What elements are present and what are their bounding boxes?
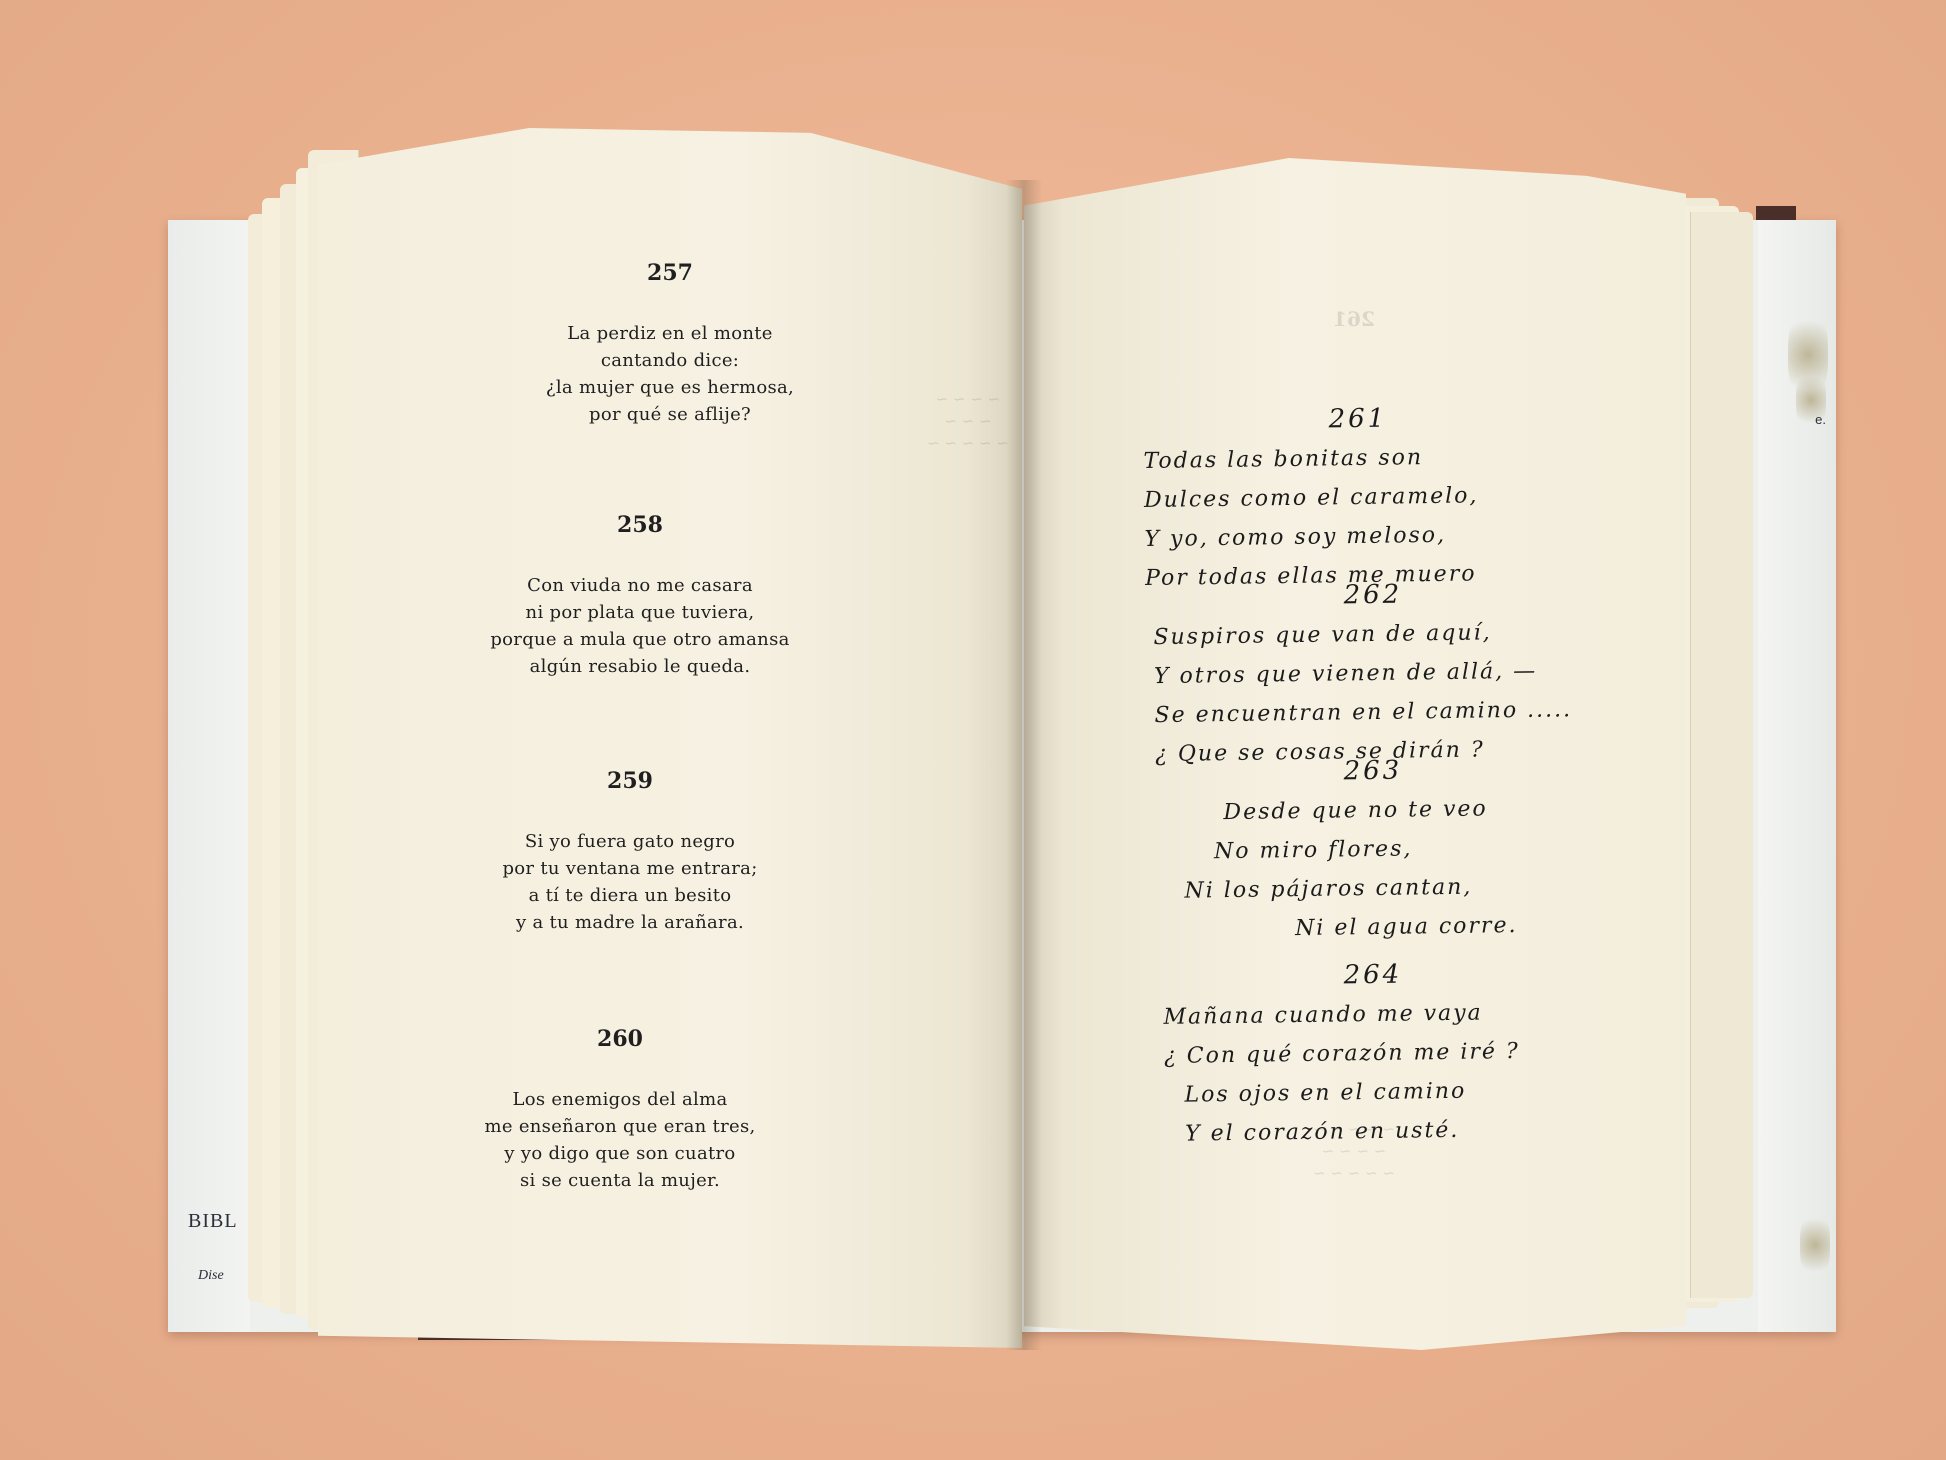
poem-line: ni por plata que tuviera, bbox=[288, 599, 992, 626]
poem-line: No miro flores, bbox=[1164, 827, 1585, 872]
poem-257: 257 La perdiz en el monte cantando dice:… bbox=[318, 260, 1022, 428]
poem-line: ¿ Con qué corazón me iré ? bbox=[1164, 1031, 1585, 1076]
poem-line: Todas las bonitas son bbox=[1143, 436, 1574, 481]
book-gutter bbox=[1006, 180, 1042, 1350]
poem-line: La perdiz en el monte bbox=[318, 320, 1022, 347]
cover-subtitle-partial: Dise bbox=[198, 1268, 224, 1284]
poem-259: 259 Si yo fuera gato negro por tu ventan… bbox=[278, 768, 982, 936]
cover-stain bbox=[1800, 1210, 1830, 1280]
poem-line: Si yo fuera gato negro bbox=[278, 828, 982, 855]
spine-corner bbox=[1756, 206, 1796, 220]
right-page: 261 261 Todas las bonitas son Dulces com… bbox=[1024, 158, 1686, 1350]
poem-line: Con viuda no me casara bbox=[288, 572, 992, 599]
bleed-through-text: ~ ~ ~ ~ ~~ ~ ~ ~~ ~ ~ ~ ~ bbox=[1254, 1118, 1454, 1184]
poem-line: Ni los pájaros cantan, bbox=[1164, 866, 1585, 911]
poem-line: porque a mula que otro amansa bbox=[288, 626, 992, 653]
poem-line: Los ojos en el camino bbox=[1164, 1070, 1585, 1115]
poem-258: 258 Con viuda no me casara ni por plata … bbox=[288, 512, 992, 680]
poem-260: 260 Los enemigos del alma me enseñaron q… bbox=[268, 1026, 972, 1194]
poem-number: 264 bbox=[1163, 953, 1584, 998]
poem-number: 262 bbox=[1153, 573, 1594, 618]
poem-number: 263 bbox=[1163, 749, 1584, 794]
poem-line: si se cuenta la mujer. bbox=[268, 1167, 972, 1194]
poem-number: 258 bbox=[288, 512, 992, 538]
handwritten-poem-261: 261 Todas las bonitas son Dulces como el… bbox=[1143, 397, 1576, 598]
poem-line: Ni el agua corre. bbox=[1165, 905, 1586, 950]
handwritten-poem-262: 262 Suspiros que van de aquí, Y otros qu… bbox=[1153, 573, 1596, 774]
handwritten-poem-263: 263 Desde que no te veo No miro flores, … bbox=[1163, 749, 1586, 950]
poem-number: 261 bbox=[1143, 397, 1574, 442]
poem-line: Dulces como el caramelo, bbox=[1144, 475, 1575, 520]
poem-line: por qué se aflije? bbox=[318, 401, 1022, 428]
cover-right-text: e. bbox=[1815, 412, 1826, 427]
poem-line: cantando dice: bbox=[318, 347, 1022, 374]
poem-line: a tí te diera un besito bbox=[278, 882, 982, 909]
poem-line: por tu ventana me entrara; bbox=[278, 855, 982, 882]
left-page: ~ ~ ~ ~~ ~ ~~ ~ ~ ~ ~ 257 La perdiz en e… bbox=[318, 128, 1022, 1348]
poem-line: ¿la mujer que es hermosa, bbox=[318, 374, 1022, 401]
poem-number: 259 bbox=[278, 768, 982, 794]
poem-line: Se encuentran en el camino ..... bbox=[1154, 690, 1595, 735]
poem-line: Y otros que vienen de allá, — bbox=[1154, 651, 1595, 696]
poem-line: y yo digo que son cuatro bbox=[268, 1140, 972, 1167]
poem-line: y a tu madre la arañara. bbox=[278, 909, 982, 936]
poem-line: me enseñaron que eran tres, bbox=[268, 1113, 972, 1140]
poem-line: Y yo, como soy meloso, bbox=[1144, 514, 1575, 559]
poem-line: Suspiros que van de aquí, bbox=[1153, 612, 1594, 657]
poem-line: algún resabio le queda. bbox=[288, 653, 992, 680]
bleed-through-number: 261 bbox=[1254, 308, 1454, 330]
poem-line: Mañana cuando me vaya bbox=[1163, 992, 1584, 1037]
poem-line: Desde que no te veo bbox=[1163, 788, 1584, 833]
poem-number: 260 bbox=[268, 1026, 972, 1052]
poem-number: 257 bbox=[318, 260, 1022, 286]
page-stack-right bbox=[1690, 212, 1753, 1298]
cover-title-partial: BIBL bbox=[188, 1210, 238, 1233]
poem-line: Los enemigos del alma bbox=[268, 1086, 972, 1113]
cover-left-flap bbox=[168, 220, 250, 1332]
